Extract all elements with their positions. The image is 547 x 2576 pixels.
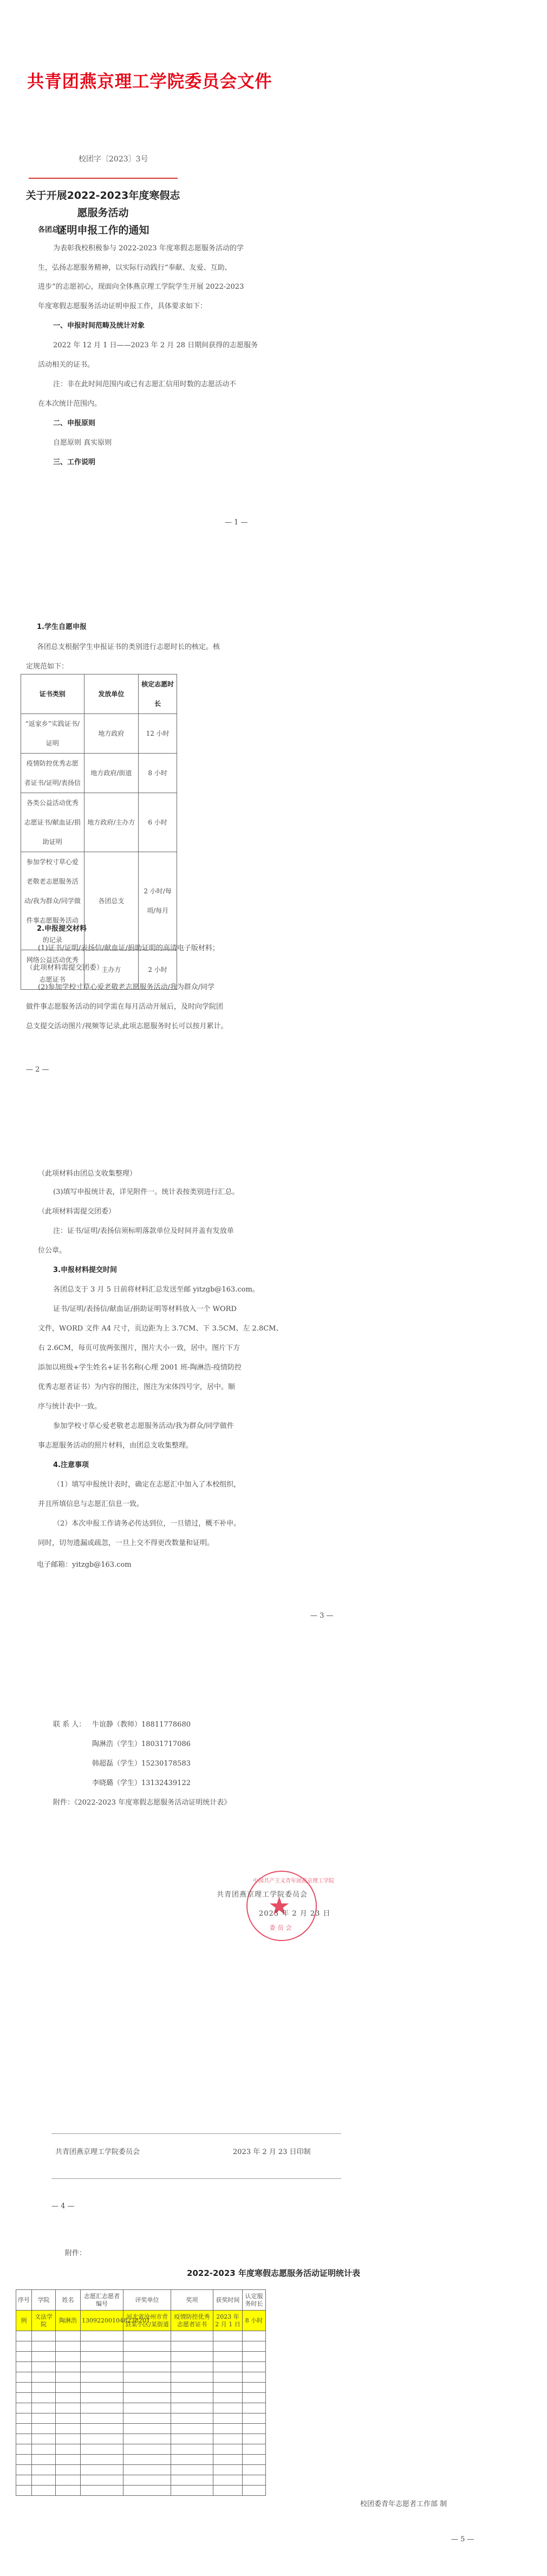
empty-cell[interactable] (81, 2455, 123, 2465)
section3-heading: 三、工作说明 (53, 453, 95, 472)
example-award: 疫情防控优秀志愿者证书 (171, 2311, 213, 2331)
empty-cell[interactable] (243, 2341, 266, 2352)
contact-student-1: 陶淋浩（学生）18031717086 (92, 1735, 191, 1754)
signature-date: 2023 年 2 月 23 日 (259, 1904, 331, 1924)
spec-category: “返家乡”实践证书/证明 (21, 714, 84, 754)
empty-cell[interactable] (16, 2475, 32, 2486)
stats-empty-row (16, 2465, 266, 2475)
empty-cell[interactable] (81, 2413, 123, 2424)
example-name: 陶淋浩 (56, 2311, 81, 2331)
document-header-title: 共青团燕京理工学院委员会文件 (27, 68, 175, 93)
empty-cell[interactable] (81, 2341, 123, 2352)
empty-cell[interactable] (123, 2403, 171, 2413)
stats-empty-row (16, 2341, 266, 2352)
empty-cell[interactable] (32, 2486, 56, 2496)
spec-category: 各类公益活动优秀志愿证书/献血证/捐助证明 (21, 793, 84, 852)
empty-cell[interactable] (81, 2475, 123, 2486)
empty-cell[interactable] (123, 2341, 171, 2352)
stats-table-title: 2022-2023 年度寒假志愿服务活动证明统计表 (0, 2267, 547, 2279)
empty-cell[interactable] (32, 2455, 56, 2465)
section2-text: 自愿原则 真实原则 (53, 433, 112, 453)
print-footer-date: 2023 年 2 月 23 日印制 (233, 2143, 311, 2162)
notes-line-2: 并且所填信息与志愿汇信息一致。 (38, 1495, 144, 1514)
notes-line-1: （1）填写申报统计表时，确定在志愿汇中加入了本校组织， (53, 1475, 240, 1495)
header-issuer: 发放单位 (84, 674, 139, 714)
empty-cell[interactable] (171, 2372, 213, 2383)
empty-cell[interactable] (16, 2393, 32, 2403)
empty-cell[interactable] (56, 2403, 81, 2413)
empty-cell[interactable] (16, 2444, 32, 2455)
empty-cell[interactable] (81, 2393, 123, 2403)
empty-cell[interactable] (81, 2362, 123, 2372)
notes-line-3: （2）本次申报工作请务必传达到位，一旦错过，概不补申。 (53, 1514, 240, 1534)
empty-cell[interactable] (56, 2383, 81, 2393)
empty-cell[interactable] (213, 2403, 243, 2413)
empty-cell[interactable] (171, 2486, 213, 2496)
empty-cell[interactable] (123, 2372, 171, 2383)
stats-empty-row (16, 2455, 266, 2465)
materials-heading: 2.申报提交材料 (37, 919, 87, 939)
empty-cell[interactable] (32, 2413, 56, 2424)
empty-cell[interactable] (16, 2383, 32, 2393)
empty-cell[interactable] (16, 2403, 32, 2413)
empty-cell[interactable] (213, 2434, 243, 2444)
stats-empty-row (16, 2413, 266, 2424)
notice-title-line1: 关于开展2022-2023年度寒假志愿服务活动 (22, 187, 184, 222)
example-award-date: 2023 年 2 月 1 日 (213, 2311, 243, 2331)
email-address[interactable]: 电子邮箱：yitzgb@163.com (37, 1555, 132, 1575)
spec-hours: 2 小时/每项/每月 (139, 852, 177, 950)
empty-cell[interactable] (123, 2486, 171, 2496)
empty-cell[interactable] (213, 2455, 243, 2465)
empty-cell[interactable] (81, 2372, 123, 2383)
stats-empty-row (16, 2486, 266, 2496)
empty-cell[interactable] (56, 2455, 81, 2465)
empty-cell[interactable] (32, 2362, 56, 2372)
col-award-date: 获奖时间 (213, 2290, 243, 2311)
attachment-label: 附件： (65, 2244, 86, 2263)
empty-cell[interactable] (243, 2486, 266, 2496)
empty-cell[interactable] (243, 2393, 266, 2403)
empty-cell[interactable] (32, 2465, 56, 2475)
spec-table-header: 证书类别 发放单位 核定志愿时长 (21, 674, 177, 714)
section1-line-3: 注：非在此时间范围内或已有志愿汇信用时数的志愿活动不 (53, 375, 236, 394)
empty-cell[interactable] (213, 2352, 243, 2362)
stats-empty-row (16, 2331, 266, 2341)
contact-student-2: 韩超磊（学生）15230178583 (92, 1754, 191, 1774)
example-hours: 8 小时 (243, 2311, 266, 2331)
empty-cell[interactable] (243, 2413, 266, 2424)
intro-line-1: 为表彰我校积极参与 2022-2023 年度寒假志愿服务活动的学 (53, 239, 244, 258)
spec-issuer: 各团总支 (84, 852, 139, 950)
col-volunteer-id: 志愿汇志愿者编号 (81, 2290, 123, 2311)
intro-line-2: 生，弘扬志愿服务精神，以实际行动践行“奉献、友爱、互助、 (38, 258, 232, 278)
empty-cell[interactable] (243, 2331, 266, 2341)
example-award-unit: 河北省沧州市青县某小区/某街道 (123, 2311, 171, 2331)
empty-cell[interactable] (171, 2434, 213, 2444)
stats-table-header: 序号 学院 姓名 志愿汇志愿者编号 评奖单位 奖项 获奖时间 认定服务时长 (16, 2290, 266, 2311)
empty-cell[interactable] (123, 2475, 171, 2486)
example-volunteer-id: 130922001048238201 (81, 2311, 123, 2331)
stats-empty-row (16, 2444, 266, 2455)
empty-cell[interactable] (213, 2413, 243, 2424)
empty-cell[interactable] (56, 2465, 81, 2475)
submit-line-3: 文件，WORD 文件 A4 尺寸，页边距为上 3.7CM、下 3.5CM、左 2… (38, 1319, 283, 1339)
intro-line-4: 年度寒假志愿服务活动证明申报工作，具体要求如下： (38, 297, 207, 316)
empty-cell[interactable] (123, 2352, 171, 2362)
empty-cell[interactable] (81, 2434, 123, 2444)
empty-cell[interactable] (123, 2434, 171, 2444)
stats-empty-row (16, 2352, 266, 2362)
empty-cell[interactable] (243, 2475, 266, 2486)
empty-cell[interactable] (32, 2434, 56, 2444)
example-index: 例 (16, 2311, 32, 2331)
empty-cell[interactable] (123, 2465, 171, 2475)
materials-note-b: 位公章。 (38, 1241, 66, 1261)
empty-cell[interactable] (123, 2383, 171, 2393)
materials-item2-c: 总支提交活动图片/视频等记录,此项志愿服务时长可以按月累计。 (26, 1017, 228, 1036)
empty-cell[interactable] (16, 2424, 32, 2434)
empty-cell[interactable] (81, 2424, 123, 2434)
empty-cell[interactable] (81, 2465, 123, 2475)
empty-cell[interactable] (213, 2393, 243, 2403)
empty-cell[interactable] (56, 2444, 81, 2455)
stats-empty-row (16, 2372, 266, 2383)
spec-issuer: 地方政府/街道 (84, 754, 139, 793)
empty-cell[interactable] (16, 2372, 32, 2383)
col-college: 学院 (32, 2290, 56, 2311)
empty-cell[interactable] (32, 2424, 56, 2434)
empty-cell[interactable] (81, 2403, 123, 2413)
col-award: 奖项 (171, 2290, 213, 2311)
stats-empty-row (16, 2424, 266, 2434)
col-award-unit: 评奖单位 (123, 2290, 171, 2311)
empty-cell[interactable] (56, 2372, 81, 2383)
stats-empty-rows (16, 2331, 266, 2496)
empty-cell[interactable] (56, 2486, 81, 2496)
submit-line-2: 证书/证明/表扬信/献血证/捐助证明等材料放入一个 WORD (53, 1300, 237, 1319)
page-number-1: — 1 — (225, 518, 248, 527)
empty-cell[interactable] (243, 2444, 266, 2455)
stats-empty-row (16, 2393, 266, 2403)
empty-cell[interactable] (56, 2352, 81, 2362)
empty-cell[interactable] (16, 2455, 32, 2465)
empty-cell[interactable] (171, 2352, 213, 2362)
section1-line-1: 2022 年 12 月 1 日——2023 年 2 月 28 日期间获得的志愿服… (53, 336, 258, 355)
empty-cell[interactable] (171, 2465, 213, 2475)
empty-cell[interactable] (213, 2331, 243, 2341)
submit-line-8: 参加学校寸草心爱老敬老志愿服务活动/我为群众/同学做件 (53, 1417, 234, 1436)
section1-line-2: 活动相关的证书。 (38, 355, 94, 375)
self-report-heading: 1.学生自愿申报 (37, 618, 87, 637)
materials-item2-d: （此项材料由团总支收集整理） (38, 1164, 136, 1184)
example-college: 文法学院 (32, 2311, 56, 2331)
empty-cell[interactable] (16, 2486, 32, 2496)
page-number-3: — 3 — (310, 1612, 334, 1620)
spec-issuer: 地方政府/主办方 (84, 793, 139, 852)
col-index: 序号 (16, 2290, 32, 2311)
spec-table-row: 各类公益活动优秀志愿证书/献血证/捐助证明 地方政府/主办方 6 小时 (21, 793, 177, 852)
seal-ring-text: 中国共产主义青年团燕京理工学院 (253, 1876, 310, 1884)
submit-line-4: 右 2.6CM，每页可放两张图片，图片大小一致，居中。图片下方 (38, 1339, 240, 1358)
spec-hours: 6 小时 (139, 793, 177, 852)
empty-cell[interactable] (171, 2444, 213, 2455)
empty-cell[interactable] (243, 2465, 266, 2475)
empty-cell[interactable] (213, 2444, 243, 2455)
materials-item2-a: (2)参加学校寸草心爱老敬老志愿服务活动/我为群众/同学 (38, 978, 214, 997)
stats-empty-row (16, 2362, 266, 2372)
empty-cell[interactable] (243, 2434, 266, 2444)
empty-cell[interactable] (16, 2331, 32, 2341)
materials-item1-b: （此项材料需提交团委） (26, 958, 103, 978)
empty-cell[interactable] (171, 2455, 213, 2465)
stats-empty-row (16, 2383, 266, 2393)
page-number-5: — 5 — (451, 2535, 474, 2543)
empty-cell[interactable] (171, 2331, 213, 2341)
section2-heading: 二、申报原则 (53, 414, 95, 433)
empty-cell[interactable] (123, 2362, 171, 2372)
red-divider (29, 178, 178, 179)
empty-cell[interactable] (32, 2444, 56, 2455)
empty-cell[interactable] (16, 2341, 32, 2352)
submit-line-5: 添加以班级+学生姓名+证书名称(心理 2001 班-陶淋浩-疫情防控 (38, 1358, 242, 1378)
empty-cell[interactable] (213, 2383, 243, 2393)
empty-cell[interactable] (213, 2465, 243, 2475)
empty-cell[interactable] (243, 2362, 266, 2372)
page-number-4: — 4 — (51, 2202, 75, 2210)
stats-table: 序号 学院 姓名 志愿汇志愿者编号 评奖单位 奖项 获奖时间 认定服务时长 例 … (16, 2289, 266, 2496)
attachment-reference: 附件：《2022-2023 年度寒假志愿服务活动证明统计表》 (53, 1793, 231, 1813)
spec-issuer: 地方政府 (84, 714, 139, 754)
stats-empty-row (16, 2434, 266, 2444)
empty-cell[interactable] (16, 2352, 32, 2362)
empty-cell[interactable] (171, 2362, 213, 2372)
empty-cell[interactable] (56, 2413, 81, 2424)
empty-cell[interactable] (213, 2372, 243, 2383)
spec-table-row: 疫情防控优秀志愿者证书/证明/表扬信 地方政府/街道 8 小时 (21, 754, 177, 793)
empty-cell[interactable] (32, 2372, 56, 2383)
empty-cell[interactable] (171, 2413, 213, 2424)
empty-cell[interactable] (56, 2424, 81, 2434)
empty-cell[interactable] (123, 2444, 171, 2455)
empty-cell[interactable] (81, 2352, 123, 2362)
empty-cell[interactable] (56, 2331, 81, 2341)
section1-line-4: 在本次统计范围内。 (38, 394, 101, 414)
empty-cell[interactable] (123, 2424, 171, 2434)
empty-cell[interactable] (81, 2383, 123, 2393)
empty-cell[interactable] (213, 2475, 243, 2486)
empty-cell[interactable] (243, 2383, 266, 2393)
empty-cell[interactable] (243, 2352, 266, 2362)
notes-line-4: 同时，切勿遗漏或疏忽，一旦上交不得更改数量和证明。 (38, 1534, 214, 1553)
empty-cell[interactable] (123, 2455, 171, 2465)
empty-cell[interactable] (16, 2362, 32, 2372)
print-footer-top-rule (51, 2133, 341, 2134)
empty-cell[interactable] (32, 2341, 56, 2352)
spec-category: 疫情防控优秀志愿者证书/证明/表扬信 (21, 754, 84, 793)
empty-cell[interactable] (56, 2393, 81, 2403)
empty-cell[interactable] (16, 2434, 32, 2444)
submit-line-6: 优秀志愿者证书）为内容的图注，图注为宋体四号字，居中。顺 (38, 1378, 235, 1397)
empty-cell[interactable] (56, 2341, 81, 2352)
self-report-line-1: 各团总支根据学生申报证书的类别进行志愿时长的核定。核 (37, 638, 220, 657)
materials-item3-b: （此项材料需提交团委） (38, 1202, 115, 1222)
print-footer-org: 共青团燕京理工学院委员会 (55, 2143, 140, 2162)
empty-cell[interactable] (243, 2455, 266, 2465)
empty-cell[interactable] (81, 2444, 123, 2455)
materials-item1-a: (1)证书/证明/表扬信/献血证/捐助证明的高清电子版材料； (38, 939, 219, 958)
empty-cell[interactable] (81, 2331, 123, 2341)
empty-cell[interactable] (213, 2341, 243, 2352)
empty-cell[interactable] (123, 2413, 171, 2424)
empty-cell[interactable] (56, 2434, 81, 2444)
empty-cell[interactable] (123, 2393, 171, 2403)
empty-cell[interactable] (213, 2424, 243, 2434)
materials-item3-a: (3)填写申报统计表，详见附件一。统计表按类别进行汇总。 (53, 1183, 239, 1202)
submit-line-9: 事志愿服务活动的照片材料，由团总支收集整理。 (38, 1436, 193, 1456)
section1-heading: 一、申报时间范畴及统计对象 (53, 316, 145, 336)
stats-table-footer: 校团委青年志愿者工作部 制 (360, 2495, 447, 2514)
empty-cell[interactable] (32, 2383, 56, 2393)
salutation: 各团总支： (38, 220, 73, 240)
empty-cell[interactable] (32, 2331, 56, 2341)
empty-cell[interactable] (171, 2475, 213, 2486)
print-footer-bottom-rule (51, 2178, 341, 2179)
signature-org: 共青团燕京理工学院委员会 (217, 1885, 308, 1905)
document-number: 校团字〔2023〕3号 (79, 153, 148, 164)
empty-cell[interactable] (171, 2341, 213, 2352)
materials-note-a: 注：证书/证明/表扬信须标明落款单位及时间并盖有发放单 (53, 1222, 234, 1241)
page-number-2: — 2 — (26, 1066, 49, 1074)
spec-table-row: “返家乡”实践证书/证明 地方政府 12 小时 (21, 714, 177, 754)
stats-example-row: 例 文法学院 陶淋浩 130922001048238201 河北省沧州市青县某小… (16, 2311, 266, 2331)
empty-cell[interactable] (213, 2486, 243, 2496)
submit-line-7: 序与统计表中一致。 (38, 1397, 101, 1417)
notes-heading: 4.注意事项 (53, 1456, 89, 1475)
empty-cell[interactable] (171, 2383, 213, 2393)
intro-line-3: 进步”的志愿初心，现面向全体燕京理工学院学生开展 2022-2023 (38, 277, 244, 297)
stats-empty-row (16, 2475, 266, 2486)
empty-cell[interactable] (243, 2403, 266, 2413)
contact-teacher: 牛谊静（教师）18811778680 (92, 1715, 191, 1735)
empty-cell[interactable] (81, 2486, 123, 2496)
stats-empty-row (16, 2403, 266, 2413)
empty-cell[interactable] (32, 2403, 56, 2413)
materials-item2-b: 做件事志愿服务活动的同学需在每月活动开展后，及时向学院团 (26, 997, 223, 1017)
spec-hours: 8 小时 (139, 754, 177, 793)
empty-cell[interactable] (171, 2393, 213, 2403)
contacts-label: 联 系 人： (53, 1715, 86, 1735)
spec-hours: 12 小时 (139, 714, 177, 754)
empty-cell[interactable] (16, 2413, 32, 2424)
empty-cell[interactable] (171, 2424, 213, 2434)
empty-cell[interactable] (171, 2403, 213, 2413)
contact-student-3: 李晓璐（学生）13132439122 (92, 1774, 191, 1793)
header-hours: 核定志愿时长 (139, 674, 177, 714)
empty-cell[interactable] (32, 2393, 56, 2403)
empty-cell[interactable] (56, 2362, 81, 2372)
submit-line-1: 各团总支于 3 月 5 日前将材料汇总发送至邮 yitzgb@163.com。 (53, 1280, 259, 1300)
empty-cell[interactable] (56, 2475, 81, 2486)
seal-bottom-text: 委员会 (248, 1923, 316, 1932)
col-hours: 认定服务时长 (243, 2290, 266, 2311)
empty-cell[interactable] (123, 2331, 171, 2341)
empty-cell[interactable] (213, 2362, 243, 2372)
empty-cell[interactable] (243, 2372, 266, 2383)
empty-cell[interactable] (32, 2475, 56, 2486)
submit-time-heading: 3.申报材料提交时间 (53, 1261, 117, 1280)
empty-cell[interactable] (32, 2352, 56, 2362)
col-name: 姓名 (56, 2290, 81, 2311)
empty-cell[interactable] (243, 2424, 266, 2434)
empty-cell[interactable] (16, 2465, 32, 2475)
header-category: 证书类别 (21, 674, 84, 714)
